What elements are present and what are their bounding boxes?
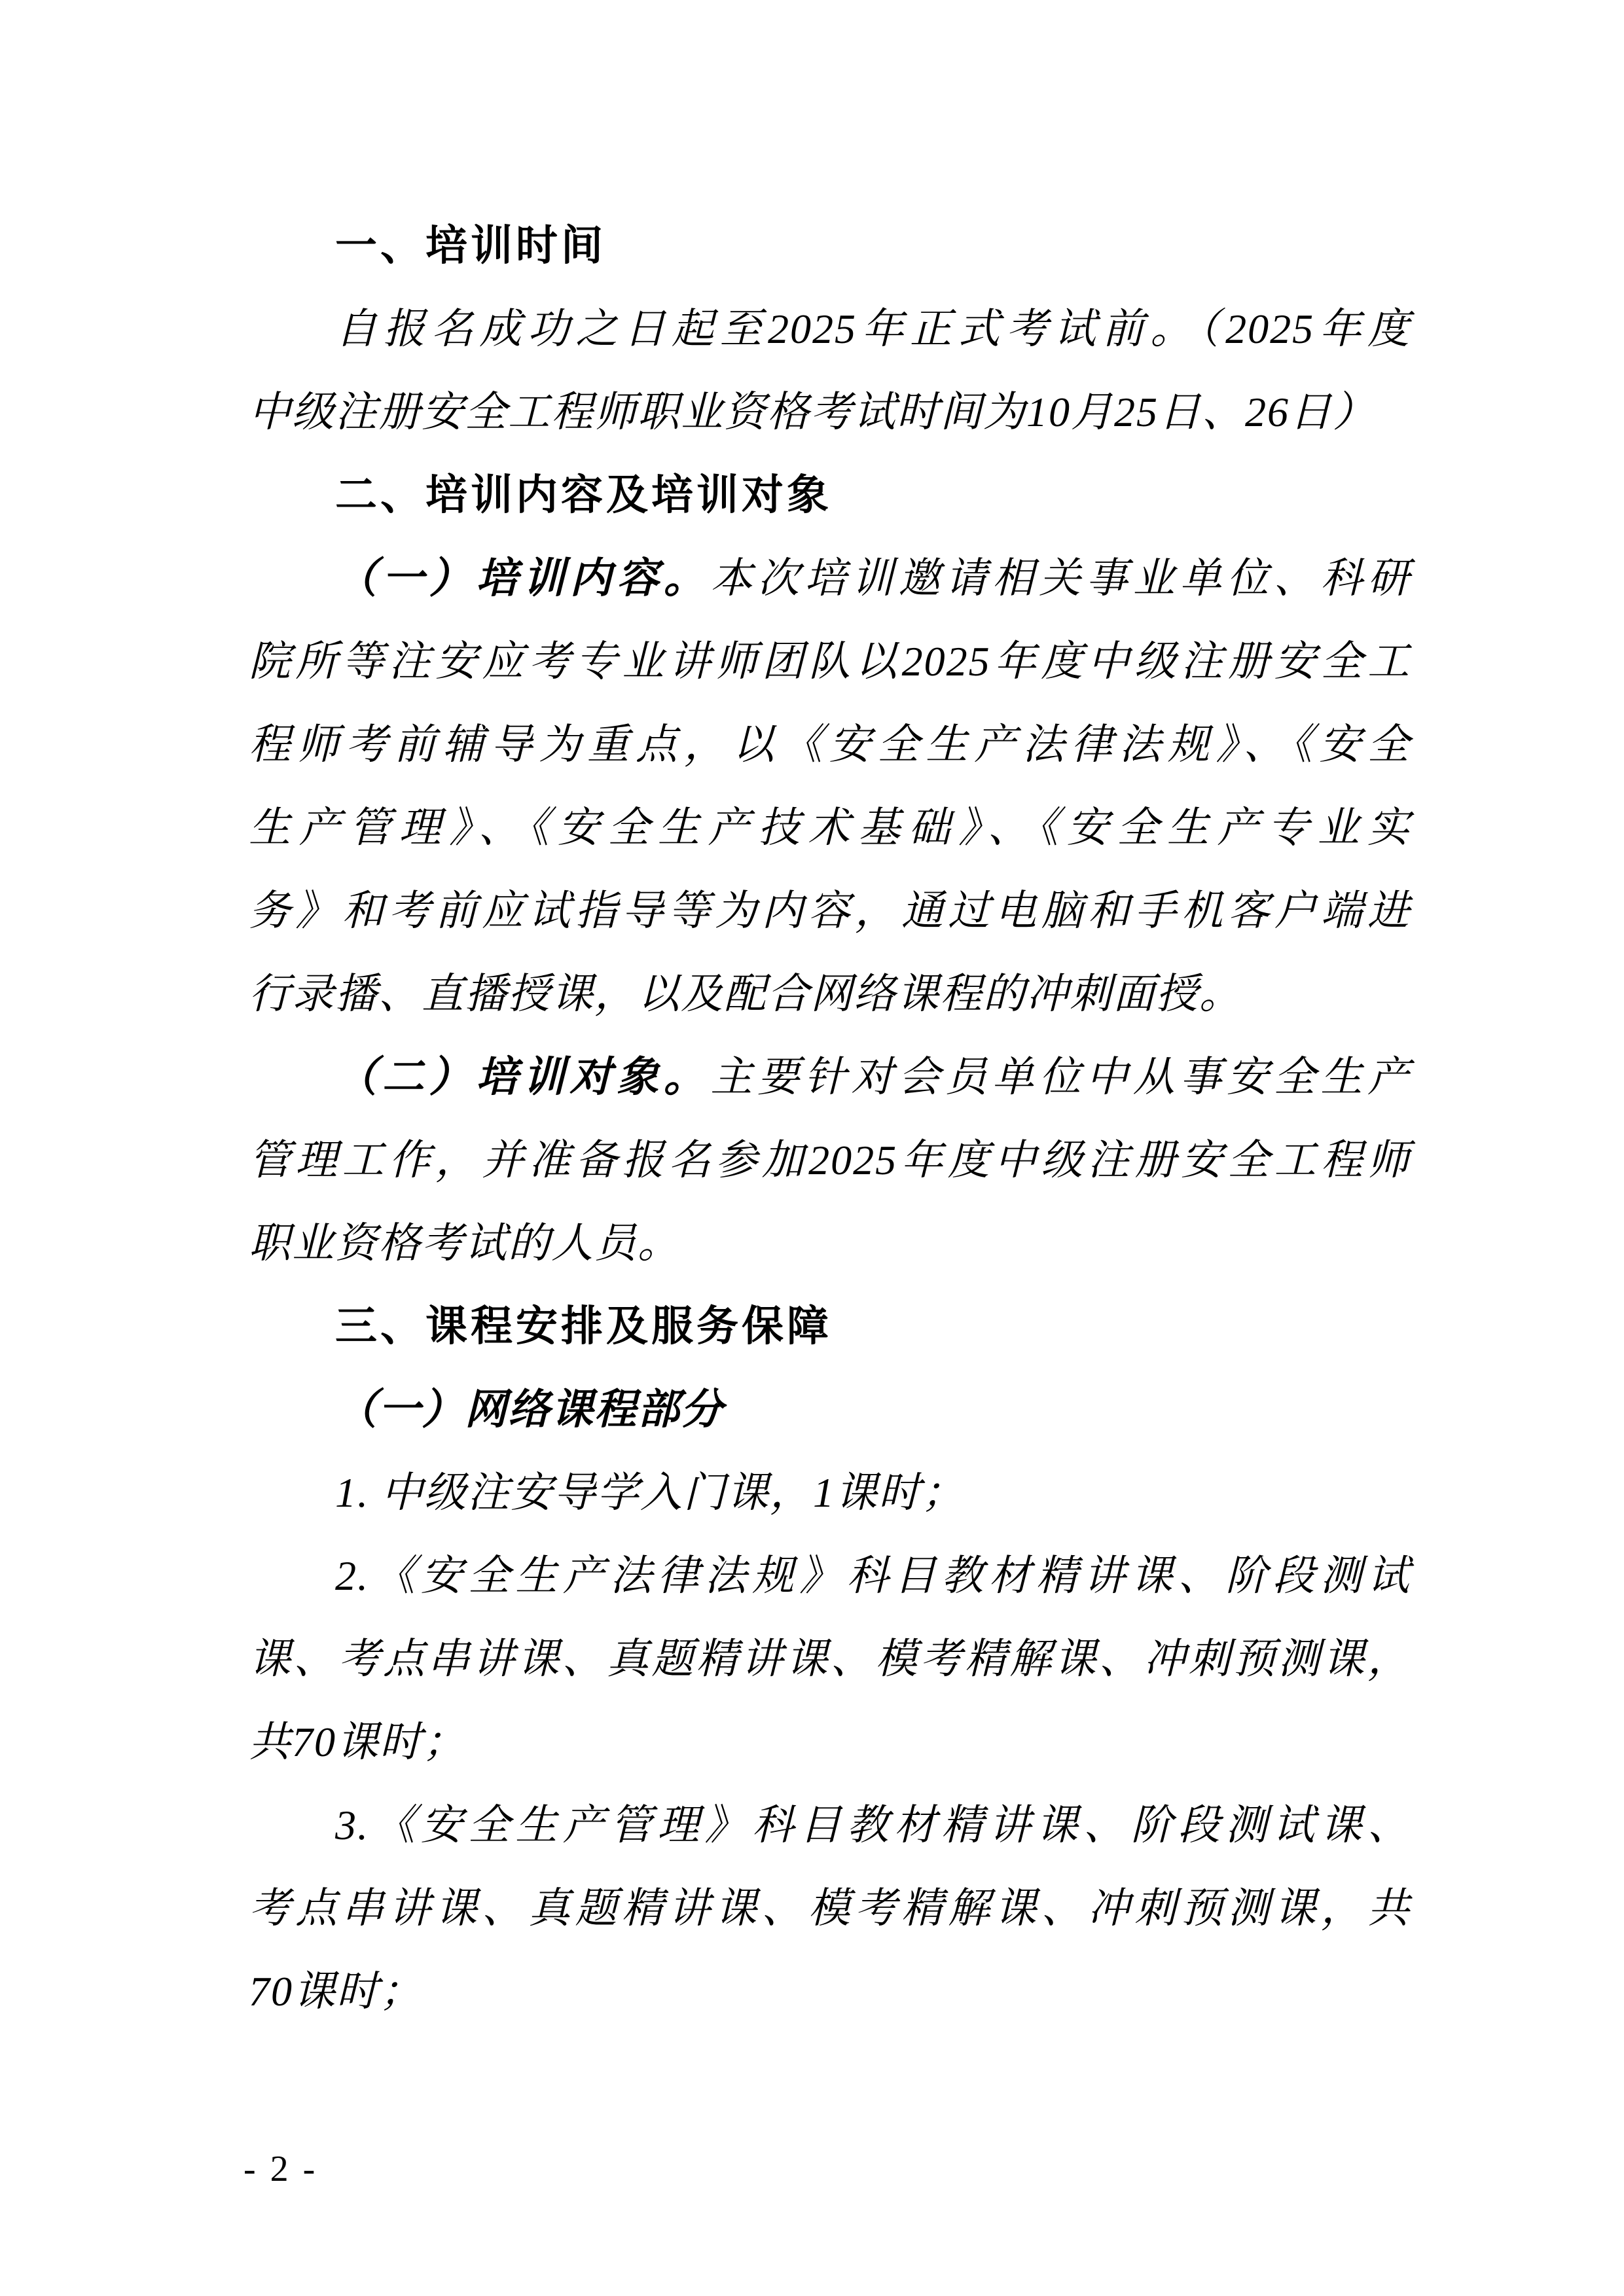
para-training-content-line-6: 行录播、直播授课，以及配合网络课程的冲刺面授。	[249, 952, 1411, 1035]
section-3-heading: 三、课程安排及服务保障	[249, 1285, 1411, 1368]
para-training-content-line-2: 院所等注安应考专业讲师团队以2025年度中级注册安全工	[249, 620, 1411, 703]
course-item-1-line-1: 1. 中级注安导学入门课，1课时；	[249, 1451, 1411, 1534]
para-training-content-line-5: 务》和考前应试指导等为内容，通过电脑和手机客户端进	[249, 869, 1411, 952]
subsection-online-course-heading: （一）网络课程部分	[249, 1368, 1411, 1451]
page-number: - 2 -	[244, 2148, 317, 2190]
course-item-2-line-2: 课、考点串讲课、真题精讲课、模考精解课、冲刺预测课，	[249, 1617, 1411, 1700]
training-audience-line-1-text: 主要针对会员单位中从事安全生产	[710, 1054, 1411, 1100]
para-training-audience-line-2: 管理工作，并准备报名参加2025年度中级注册安全工程师	[249, 1119, 1411, 1202]
course-item-3-line-3: 70课时；	[249, 1950, 1411, 2033]
para-training-content-line-3: 程师考前辅导为重点，以《安全生产法律法规》、《安全	[249, 703, 1411, 786]
section-2-heading: 二、培训内容及培训对象	[249, 454, 1411, 537]
para-training-content-line-1: （一）培训内容。本次培训邀请相关事业单位、科研	[249, 537, 1411, 620]
course-item-3-line-1: 3.《安全生产管理》科目教材精讲课、阶段测试课、	[249, 1784, 1411, 1867]
para-training-time-line-1: 自报名成功之日起至2025年正式考试前。（2025年度	[249, 287, 1411, 370]
para-training-time-line-2: 中级注册安全工程师职业资格考试时间为10月25日、26日）	[249, 370, 1411, 454]
course-item-2-line-3: 共70课时；	[249, 1700, 1411, 1784]
document-body: 一、培训时间 自报名成功之日起至2025年正式考试前。（2025年度 中级注册安…	[249, 204, 1411, 2033]
para-training-audience-line-3: 职业资格考试的人员。	[249, 1202, 1411, 1285]
para-training-content-line-4: 生产管理》、《安全生产技术基础》、《安全生产专业实	[249, 786, 1411, 869]
course-item-2-line-1: 2.《安全生产法律法规》科目教材精讲课、阶段测试	[249, 1534, 1411, 1617]
training-content-line-1-text: 本次培训邀请相关事业单位、科研	[710, 555, 1411, 601]
section-1-heading: 一、培训时间	[249, 204, 1411, 287]
course-item-3-line-2: 考点串讲课、真题精讲课、模考精解课、冲刺预测课，共	[249, 1867, 1411, 1950]
document-page: 一、培训时间 自报名成功之日起至2025年正式考试前。（2025年度 中级注册安…	[0, 0, 1624, 2296]
training-content-bold-label: （一）培训内容。	[335, 555, 710, 601]
training-audience-bold-label: （二）培训对象。	[335, 1054, 710, 1100]
para-training-audience-line-1: （二）培训对象。主要针对会员单位中从事安全生产	[249, 1035, 1411, 1119]
